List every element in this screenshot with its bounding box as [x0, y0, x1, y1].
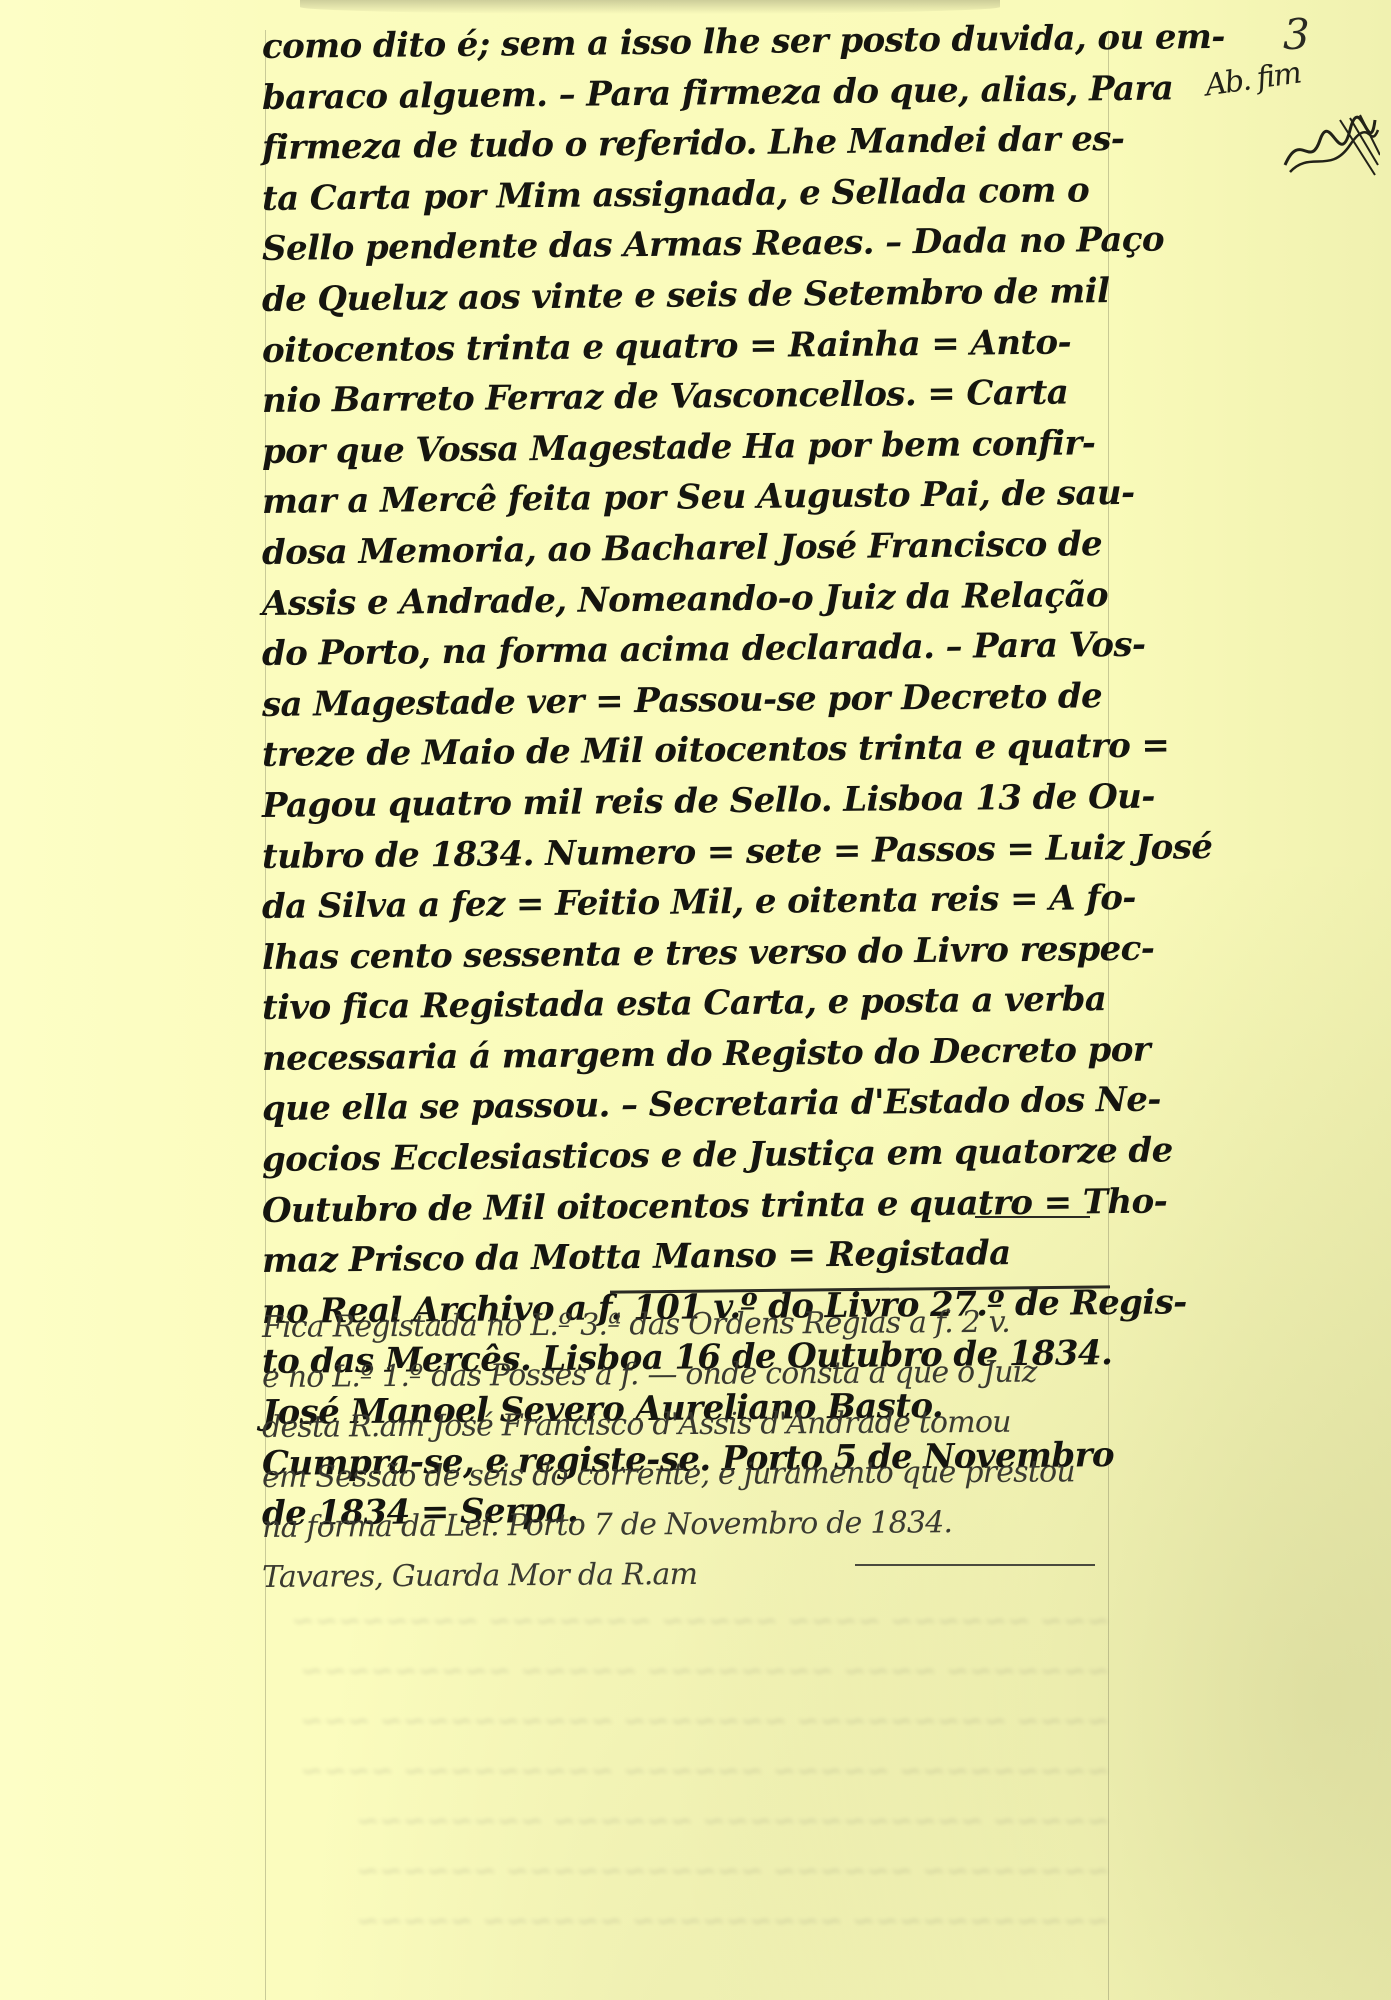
- text-line: dosa Memoria, ao Bacharel José Francisco…: [262, 519, 1132, 579]
- text-line: nio Barreto Ferraz de Vasconcellos. = Ca…: [262, 367, 1132, 427]
- bleed-line: ~~~~~~~~~ ~~~~~ ~~~~~~ ~~~~~~~~~ ~~~~: [280, 1754, 1110, 1800]
- annotation-line: desta R.am José Francisco d'Assis d'Andr…: [262, 1397, 1142, 1453]
- bleed-line: ~~~~~~~~ ~~~~~~ ~~~~~~~~~~~ ~~~~~~: [280, 1854, 1110, 1900]
- text-line: como dito é; sem a isso lhe ser posto du…: [262, 13, 1132, 73]
- annotation-line: Tavares, Guarda Mor da R.am: [262, 1547, 1142, 1603]
- ink-bleed-through: ~~~ ~~~~~~ ~~~~ ~~~~~ ~~~~~~~ ~~~~~~~~ ~…: [280, 1600, 1110, 2000]
- text-line: oitocentos trinta e quatro = Rainha = An…: [262, 316, 1132, 376]
- bleed-line: ~~~~~~~ ~~~~ ~~~~~~~~ ~~~~~ ~~~~~~~~~: [280, 1654, 1110, 1700]
- text-line: que ella se passou. – Secretaria d'Estad…: [262, 1075, 1132, 1135]
- page-fold-shadow: [300, 0, 1000, 14]
- text-line: firmeza de tudo o referido. Lhe Mandei d…: [262, 114, 1132, 174]
- text-line: Assis e Andrade, Nomeando-o Juiz da Rela…: [262, 569, 1132, 629]
- text-line: da Silva a fez = Feitio Mil, e oitenta r…: [262, 873, 1132, 933]
- annotation-line: e no L.º 1.º das Posses a f. — onde cons…: [262, 1347, 1142, 1403]
- text-line: Pagou quatro mil reis de Sello. Lisboa 1…: [262, 772, 1132, 832]
- text-line: do Porto, na forma acima declarada. – Pa…: [262, 620, 1132, 680]
- bleed-line: ~~~ ~~~~~~ ~~~~ ~~~~~ ~~~~~~~ ~~~~~~~~: [280, 1604, 1110, 1650]
- bleed-line: ~~~~~~~~~~~ ~~~~~~~~~ ~~~~~~ ~~~~~: [280, 1904, 1110, 1950]
- annotation-line: na forma da Lei. Porto 7 de Novembro de …: [262, 1497, 1142, 1553]
- registration-annotation: Fica Registada no L.º 3.ª das Ordens Reg…: [262, 1303, 1142, 1603]
- text-line: treze de Maio de Mil oitocentos trinta e…: [262, 721, 1132, 781]
- text-line: maz Prisco da Motta Manso = Registada: [262, 1227, 1132, 1287]
- signature-flourish-icon: [1280, 110, 1380, 180]
- page-number: 3: [1283, 10, 1310, 59]
- bleed-line: ~~~~ ~~~~~~~~~ ~~~~~~~ ~~~~~~~~~~ ~~~: [280, 1704, 1110, 1750]
- text-line: tivo fica Registada esta Carta, e posta …: [262, 974, 1132, 1034]
- text-line: tubro de 1834. Numero = sete = Passos = …: [262, 822, 1132, 882]
- closing-rule-bastos: [975, 1216, 1090, 1218]
- annotation-line: Fica Registada no L.º 3.ª das Ordens Reg…: [262, 1297, 1142, 1353]
- text-line: mar a Mercê feita por Seu Augusto Pai, d…: [262, 468, 1132, 528]
- bleed-line: ~~~~~ ~~~~~~~~~~~~ ~~~~~~ ~~~~~~~~: [280, 1804, 1110, 1850]
- closing-rule-guarda: [855, 1564, 1095, 1566]
- text-line: de Queluz aos vinte e seis de Setembro d…: [262, 266, 1132, 326]
- text-line: baraco alguem. – Para firmeza do que, al…: [262, 63, 1132, 123]
- text-line: gocios Ecclesiasticos e de Justiça em qu…: [262, 1126, 1132, 1186]
- text-line: Sello pendente das Armas Reaes. – Dada n…: [262, 215, 1132, 275]
- annotation-line: em Sessão de seis do corrente, e juramen…: [262, 1447, 1142, 1503]
